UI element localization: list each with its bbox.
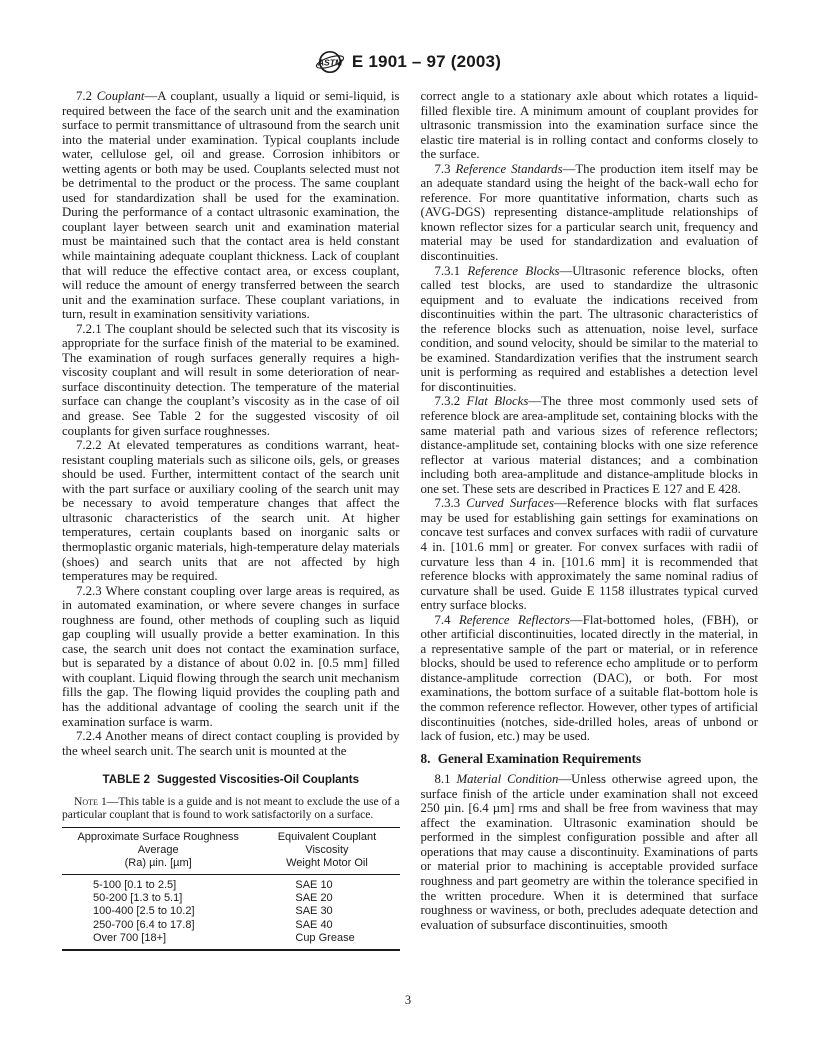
roughness-cell: 50-200 [1.3 to 5.1] <box>62 892 254 905</box>
paragraph-text: —The production item itself may be an ad… <box>421 162 759 263</box>
document-page: ASTM E 1901 – 97 (2003) 7.2Couplant—A co… <box>0 0 816 1056</box>
section-number: 7.3 <box>435 162 456 176</box>
paragraph: 7.2.4Another means of direct contact cou… <box>62 729 400 758</box>
left-column: 7.2Couplant—A couplant, usually a liquid… <box>62 89 400 951</box>
table-title: TABLE 2Suggested Viscosities-Oil Couplan… <box>62 773 400 788</box>
paragraph-text: Where constant coupling over large areas… <box>62 584 400 729</box>
section-number: 7.3.3 <box>435 496 467 510</box>
page-number: 3 <box>405 993 411 1007</box>
paragraph: 7.3.1Reference Blocks—Ultrasonic referen… <box>421 264 759 395</box>
paragraph: 7.4Reference Reflectors—Flat-bottomed ho… <box>421 613 759 744</box>
table-row: Over 700 [18+] Cup Grease <box>62 932 400 950</box>
table-note: Note 1—This table is a guide and is not … <box>62 795 400 822</box>
table-note-label: Note 1 <box>74 795 107 808</box>
section-number: 7.3.2 <box>435 394 467 408</box>
column-header-viscosity: Equivalent Couplant Viscosity Weight Mot… <box>254 827 399 874</box>
paragraph-text: correct angle to a stationary axle about… <box>421 89 759 161</box>
two-column-body: 7.2Couplant—A couplant, usually a liquid… <box>0 89 816 951</box>
table-row: 50-200 [1.3 to 5.1] SAE 20 <box>62 892 400 905</box>
standard-designation: E 1901 – 97 (2003) <box>352 52 501 72</box>
section-number: 7.3.1 <box>435 264 468 278</box>
table-row: 250-700 [6.4 to 17.8] SAE 40 <box>62 919 400 932</box>
section-term: Curved Surfaces <box>466 496 554 510</box>
paragraph-text: —Reference blocks with flat surfaces may… <box>421 496 759 612</box>
column-header-line: Approximate Surface Roughness Average <box>77 831 238 856</box>
section-term: Reference Reflectors <box>459 613 570 627</box>
viscosity-table: Approximate Surface Roughness Average (R… <box>62 827 400 951</box>
table-2-section: TABLE 2Suggested Viscosities-Oil Couplan… <box>62 773 400 951</box>
section-term: Couplant <box>97 89 145 103</box>
table-title-label: TABLE 2 <box>102 773 149 786</box>
roughness-cell: 250-700 [6.4 to 17.8] <box>62 919 254 932</box>
section-number: 7.2.3 <box>76 584 106 598</box>
roughness-cell: 100-400 [2.5 to 10.2] <box>62 905 254 918</box>
section-number: 7.2 <box>76 89 97 103</box>
viscosity-cell: SAE 20 <box>254 892 399 905</box>
viscosity-cell: Cup Grease <box>254 932 399 950</box>
roughness-cell: 5-100 [0.1 to 2.5] <box>62 874 254 892</box>
right-paragraphs: correct angle to a stationary axle about… <box>421 89 759 932</box>
table-title-text: Suggested Viscosities-Oil Couplants <box>157 773 359 786</box>
table-note-text: —This table is a guide and is not meant … <box>62 795 400 822</box>
paragraph-text: —Unless otherwise agreed upon, the surfa… <box>421 772 759 931</box>
paragraph-text: —The three most commonly used sets of re… <box>421 394 759 495</box>
paragraph: 8.General Examination Requirements <box>421 752 759 767</box>
column-header-roughness: Approximate Surface Roughness Average (R… <box>62 827 254 874</box>
paragraph: 7.2.3Where constant coupling over large … <box>62 584 400 729</box>
table-row: 5-100 [0.1 to 2.5] SAE 10 <box>62 874 400 892</box>
section-term: Material Condition <box>456 772 558 786</box>
section-term: Flat Blocks <box>467 394 529 408</box>
section-number: 7.2.1 <box>76 322 105 336</box>
viscosity-cell: SAE 10 <box>254 874 399 892</box>
table-row: 100-400 [2.5 to 10.2] SAE 30 <box>62 905 400 918</box>
paragraph: 8.1Material Condition—Unless otherwise a… <box>421 772 759 932</box>
viscosity-cell: SAE 40 <box>254 919 399 932</box>
paragraph-text: The couplant should be selected such tha… <box>62 322 400 438</box>
paragraph: 7.3Reference Standards—The production it… <box>421 162 759 264</box>
section-number: 7.2.4 <box>76 729 105 743</box>
paragraph-text: —A couplant, usually a liquid or semi-li… <box>62 89 400 321</box>
viscosity-cell: SAE 30 <box>254 905 399 918</box>
column-header-line: (Ra) µin. [µm] <box>125 857 192 869</box>
paragraph-text: —Flat-bottomed holes, (FBH), or other ar… <box>421 613 759 743</box>
paragraph-text: General Examination Requirements <box>438 751 641 766</box>
paragraph: 7.2.1The couplant should be selected suc… <box>62 322 400 438</box>
paragraph: 7.2Couplant—A couplant, usually a liquid… <box>62 89 400 322</box>
table-header-row: Approximate Surface Roughness Average (R… <box>62 827 400 874</box>
paragraph: 7.3.3Curved Surfaces—Reference blocks wi… <box>421 496 759 612</box>
paragraph: correct angle to a stationary axle about… <box>421 89 759 162</box>
section-number: 8.1 <box>435 772 457 786</box>
page-footer: 3 <box>0 993 816 1008</box>
paragraph: 7.2.2At elevated temperatures as conditi… <box>62 438 400 583</box>
left-paragraphs: 7.2Couplant—A couplant, usually a liquid… <box>62 89 400 758</box>
column-header-line: Weight Motor Oil <box>286 857 368 869</box>
paragraph: 7.3.2Flat Blocks—The three most commonly… <box>421 394 759 496</box>
column-header-line: Equivalent Couplant Viscosity <box>278 831 376 856</box>
section-number: 7.4 <box>435 613 459 627</box>
page-header: ASTM E 1901 – 97 (2003) <box>0 0 816 76</box>
roughness-cell: Over 700 [18+] <box>62 932 254 950</box>
right-column: correct angle to a stationary axle about… <box>421 89 759 951</box>
section-term: Reference Blocks <box>467 264 559 278</box>
paragraph-text: —Ultrasonic reference blocks, often call… <box>421 264 759 394</box>
section-number: 7.2.2 <box>76 438 107 452</box>
svg-text:ASTM: ASTM <box>317 58 343 68</box>
section-number: 8. <box>421 751 434 766</box>
paragraph-text: Another means of direct contact coupling… <box>62 729 400 758</box>
paragraph-text: At elevated temperatures as conditions w… <box>62 438 400 583</box>
section-term: Reference Standards <box>455 162 562 176</box>
astm-logo-icon: ASTM <box>315 49 345 75</box>
